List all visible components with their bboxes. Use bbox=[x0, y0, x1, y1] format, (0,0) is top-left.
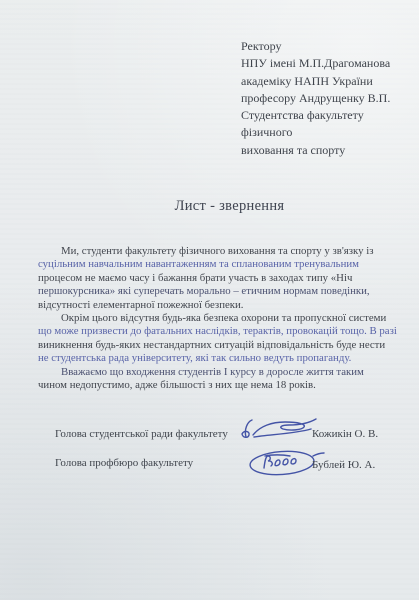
letter-body: Ми, студенти факультету фізичного вихова… bbox=[38, 245, 398, 392]
paragraph: Вважаємо що входження студентів І курсу … bbox=[38, 366, 398, 393]
signature-name-kozhykin: Кожикін О. В. bbox=[312, 428, 378, 440]
body-line: відсутності елементарної пожежної безпек… bbox=[38, 299, 398, 312]
body-line: виникнення будь-яких нестандартних ситуа… bbox=[38, 339, 398, 352]
scanned-letter-page: РекторуНПУ імені М.П.Драгомановаакадемік… bbox=[0, 0, 419, 600]
body-line: не студентська рада університету, які та… bbox=[38, 352, 398, 365]
body-line: Ми, студенти факультету фізичного вихова… bbox=[38, 245, 398, 258]
recipient-line: НПУ імені М.П.Драгоманова bbox=[241, 55, 411, 72]
recipient-line: академіку НАПН України bbox=[241, 73, 411, 90]
signature-role-student-council: Голова студентської ради факультету bbox=[55, 428, 228, 440]
body-line: чином недопустимо, адже більшості з них … bbox=[38, 379, 398, 392]
recipient-line: Ректору bbox=[241, 38, 411, 55]
body-line: першокурсника» які суперечать морально –… bbox=[38, 285, 398, 298]
recipient-line: професору Андрущенку В.П. bbox=[241, 90, 411, 107]
signature-role-profbureau: Голова профбюро факультету bbox=[55, 457, 193, 469]
paragraph: Окрім цього відсутня будь-яка безпека ох… bbox=[38, 312, 398, 366]
recipient-line: Студентства факультету фізичного bbox=[241, 107, 411, 142]
body-line: суцільним навчальним навантаженням та сп… bbox=[38, 258, 398, 271]
recipient-line: виховання та спорту bbox=[241, 142, 411, 159]
paragraph: Ми, студенти факультету фізичного вихова… bbox=[38, 245, 398, 312]
body-line: що може призвести до фатальних наслідків… bbox=[38, 325, 398, 338]
letter-title: Лист - звернення bbox=[20, 198, 419, 215]
recipient-block: РекторуНПУ імені М.П.Драгомановаакадемік… bbox=[241, 38, 411, 159]
handwritten-signature-icon bbox=[238, 415, 320, 445]
signature-name-bubley: Бублей Ю. А. bbox=[312, 459, 375, 471]
body-line: Вважаємо що входження студентів І курсу … bbox=[38, 366, 398, 379]
body-line: процесом не маємо часу і бажання брати у… bbox=[38, 272, 398, 285]
body-line: Окрім цього відсутня будь-яка безпека ох… bbox=[38, 312, 398, 325]
